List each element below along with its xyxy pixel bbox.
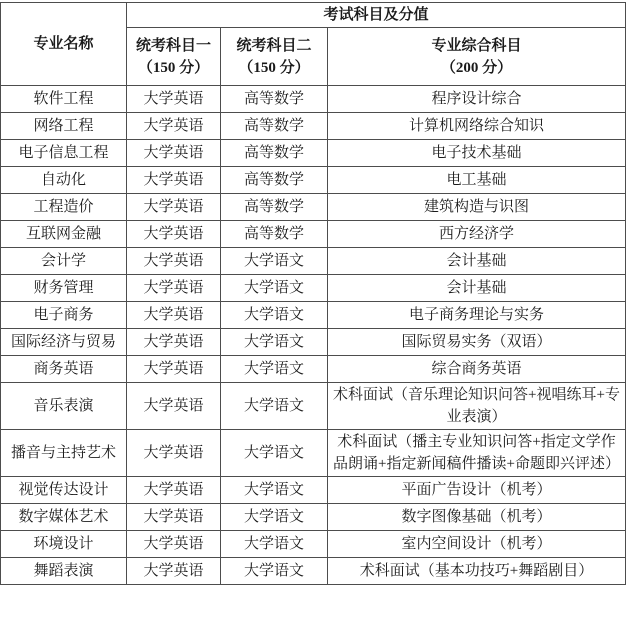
cell-major: 国际经济与贸易 [1,329,127,356]
cell-subject1: 大学英语 [127,504,221,531]
cell-major: 工程造价 [1,194,127,221]
table-row: 音乐表演大学英语大学语文术科面试（音乐理论知识问答+视唱练耳+专业表演） [1,383,626,430]
cell-subject1: 大学英语 [127,477,221,504]
table-row: 互联网金融大学英语高等数学西方经济学 [1,221,626,248]
table-row: 国际经济与贸易大学英语大学语文国际贸易实务（双语） [1,329,626,356]
cell-comprehensive: 会计基础 [328,275,626,302]
cell-subject2: 大学语文 [221,329,328,356]
cell-subject1: 大学英语 [127,531,221,558]
cell-subject2: 高等数学 [221,221,328,248]
cell-subject2: 高等数学 [221,167,328,194]
cell-comprehensive: 程序设计综合 [328,86,626,113]
cell-major: 舞蹈表演 [1,558,127,585]
cell-subject1: 大学英语 [127,194,221,221]
cell-comprehensive: 国际贸易实务（双语） [328,329,626,356]
table-row: 播音与主持艺术大学英语大学语文术科面试（播主专业知识问答+指定文学作品朗诵+指定… [1,430,626,477]
table-body: 软件工程大学英语高等数学程序设计综合网络工程大学英语高等数学计算机网络综合知识电… [1,86,626,585]
cell-comprehensive: 建筑构造与识图 [328,194,626,221]
table-row: 自动化大学英语高等数学电工基础 [1,167,626,194]
cell-subject1: 大学英语 [127,329,221,356]
table-row: 网络工程大学英语高等数学计算机网络综合知识 [1,113,626,140]
cell-subject1: 大学英语 [127,383,221,430]
cell-subject2: 大学语文 [221,302,328,329]
cell-comprehensive: 电子商务理论与实务 [328,302,626,329]
cell-subject1: 大学英语 [127,356,221,383]
cell-comprehensive: 数字图像基础（机考） [328,504,626,531]
table-row: 数字媒体艺术大学英语大学语文数字图像基础（机考） [1,504,626,531]
cell-comprehensive: 平面广告设计（机考） [328,477,626,504]
cell-subject1: 大学英语 [127,430,221,477]
cell-comprehensive: 室内空间设计（机考） [328,531,626,558]
cell-major: 环境设计 [1,531,127,558]
cell-major: 会计学 [1,248,127,275]
exam-subjects-table: 专业名称 考试科目及分值 统考科目一 （150 分） 统考科目二 （150 分）… [0,2,626,585]
cell-major: 播音与主持艺术 [1,430,127,477]
table-row: 会计学大学英语大学语文会计基础 [1,248,626,275]
cell-comprehensive: 会计基础 [328,248,626,275]
cell-subject2: 大学语文 [221,248,328,275]
header-major-name: 专业名称 [1,3,127,86]
cell-major: 商务英语 [1,356,127,383]
header-exam-subjects-group: 考试科目及分值 [127,3,626,28]
table-header: 专业名称 考试科目及分值 统考科目一 （150 分） 统考科目二 （150 分）… [1,3,626,86]
cell-subject2: 大学语文 [221,275,328,302]
cell-subject1: 大学英语 [127,302,221,329]
table-row: 商务英语大学英语大学语文综合商务英语 [1,356,626,383]
cell-major: 自动化 [1,167,127,194]
table-row: 工程造价大学英语高等数学建筑构造与识图 [1,194,626,221]
cell-subject2: 大学语文 [221,477,328,504]
table-row: 软件工程大学英语高等数学程序设计综合 [1,86,626,113]
cell-subject1: 大学英语 [127,167,221,194]
cell-subject1: 大学英语 [127,248,221,275]
header-group-row: 专业名称 考试科目及分值 [1,3,626,28]
cell-subject2: 大学语文 [221,558,328,585]
cell-comprehensive: 电工基础 [328,167,626,194]
cell-major: 音乐表演 [1,383,127,430]
cell-subject2: 大学语文 [221,383,328,430]
cell-subject1: 大学英语 [127,86,221,113]
cell-subject1: 大学英语 [127,221,221,248]
table-row: 财务管理大学英语大学语文会计基础 [1,275,626,302]
cell-subject2: 高等数学 [221,140,328,167]
cell-subject1: 大学英语 [127,275,221,302]
cell-major: 财务管理 [1,275,127,302]
cell-major: 视觉传达设计 [1,477,127,504]
table-row: 电子信息工程大学英语高等数学电子技术基础 [1,140,626,167]
table-row: 电子商务大学英语大学语文电子商务理论与实务 [1,302,626,329]
cell-comprehensive: 术科面试（基本功技巧+舞蹈剧目） [328,558,626,585]
cell-subject2: 大学语文 [221,356,328,383]
table-row: 视觉传达设计大学英语大学语文平面广告设计（机考） [1,477,626,504]
cell-subject2: 大学语文 [221,531,328,558]
header-comprehensive-subject: 专业综合科目 （200 分） [328,28,626,86]
cell-major: 互联网金融 [1,221,127,248]
cell-subject2: 高等数学 [221,86,328,113]
table-row: 舞蹈表演大学英语大学语文术科面试（基本功技巧+舞蹈剧目） [1,558,626,585]
cell-major: 电子信息工程 [1,140,127,167]
cell-subject2: 高等数学 [221,113,328,140]
header-unified-subject-one: 统考科目一 （150 分） [127,28,221,86]
cell-subject2: 大学语文 [221,430,328,477]
cell-subject1: 大学英语 [127,140,221,167]
cell-major: 数字媒体艺术 [1,504,127,531]
cell-subject1: 大学英语 [127,113,221,140]
exam-subjects-page: 专业名称 考试科目及分值 统考科目一 （150 分） 统考科目二 （150 分）… [0,0,626,643]
cell-major: 电子商务 [1,302,127,329]
table-row: 环境设计大学英语大学语文室内空间设计（机考） [1,531,626,558]
cell-comprehensive: 计算机网络综合知识 [328,113,626,140]
cell-comprehensive: 电子技术基础 [328,140,626,167]
cell-comprehensive: 西方经济学 [328,221,626,248]
cell-subject2: 高等数学 [221,194,328,221]
cell-comprehensive: 术科面试（播主专业知识问答+指定文学作品朗诵+指定新闻稿件播读+命题即兴评述） [328,430,626,477]
cell-comprehensive: 综合商务英语 [328,356,626,383]
cell-major: 网络工程 [1,113,127,140]
cell-major: 软件工程 [1,86,127,113]
cell-comprehensive: 术科面试（音乐理论知识问答+视唱练耳+专业表演） [328,383,626,430]
header-unified-subject-two: 统考科目二 （150 分） [221,28,328,86]
cell-subject2: 大学语文 [221,504,328,531]
cell-subject1: 大学英语 [127,558,221,585]
